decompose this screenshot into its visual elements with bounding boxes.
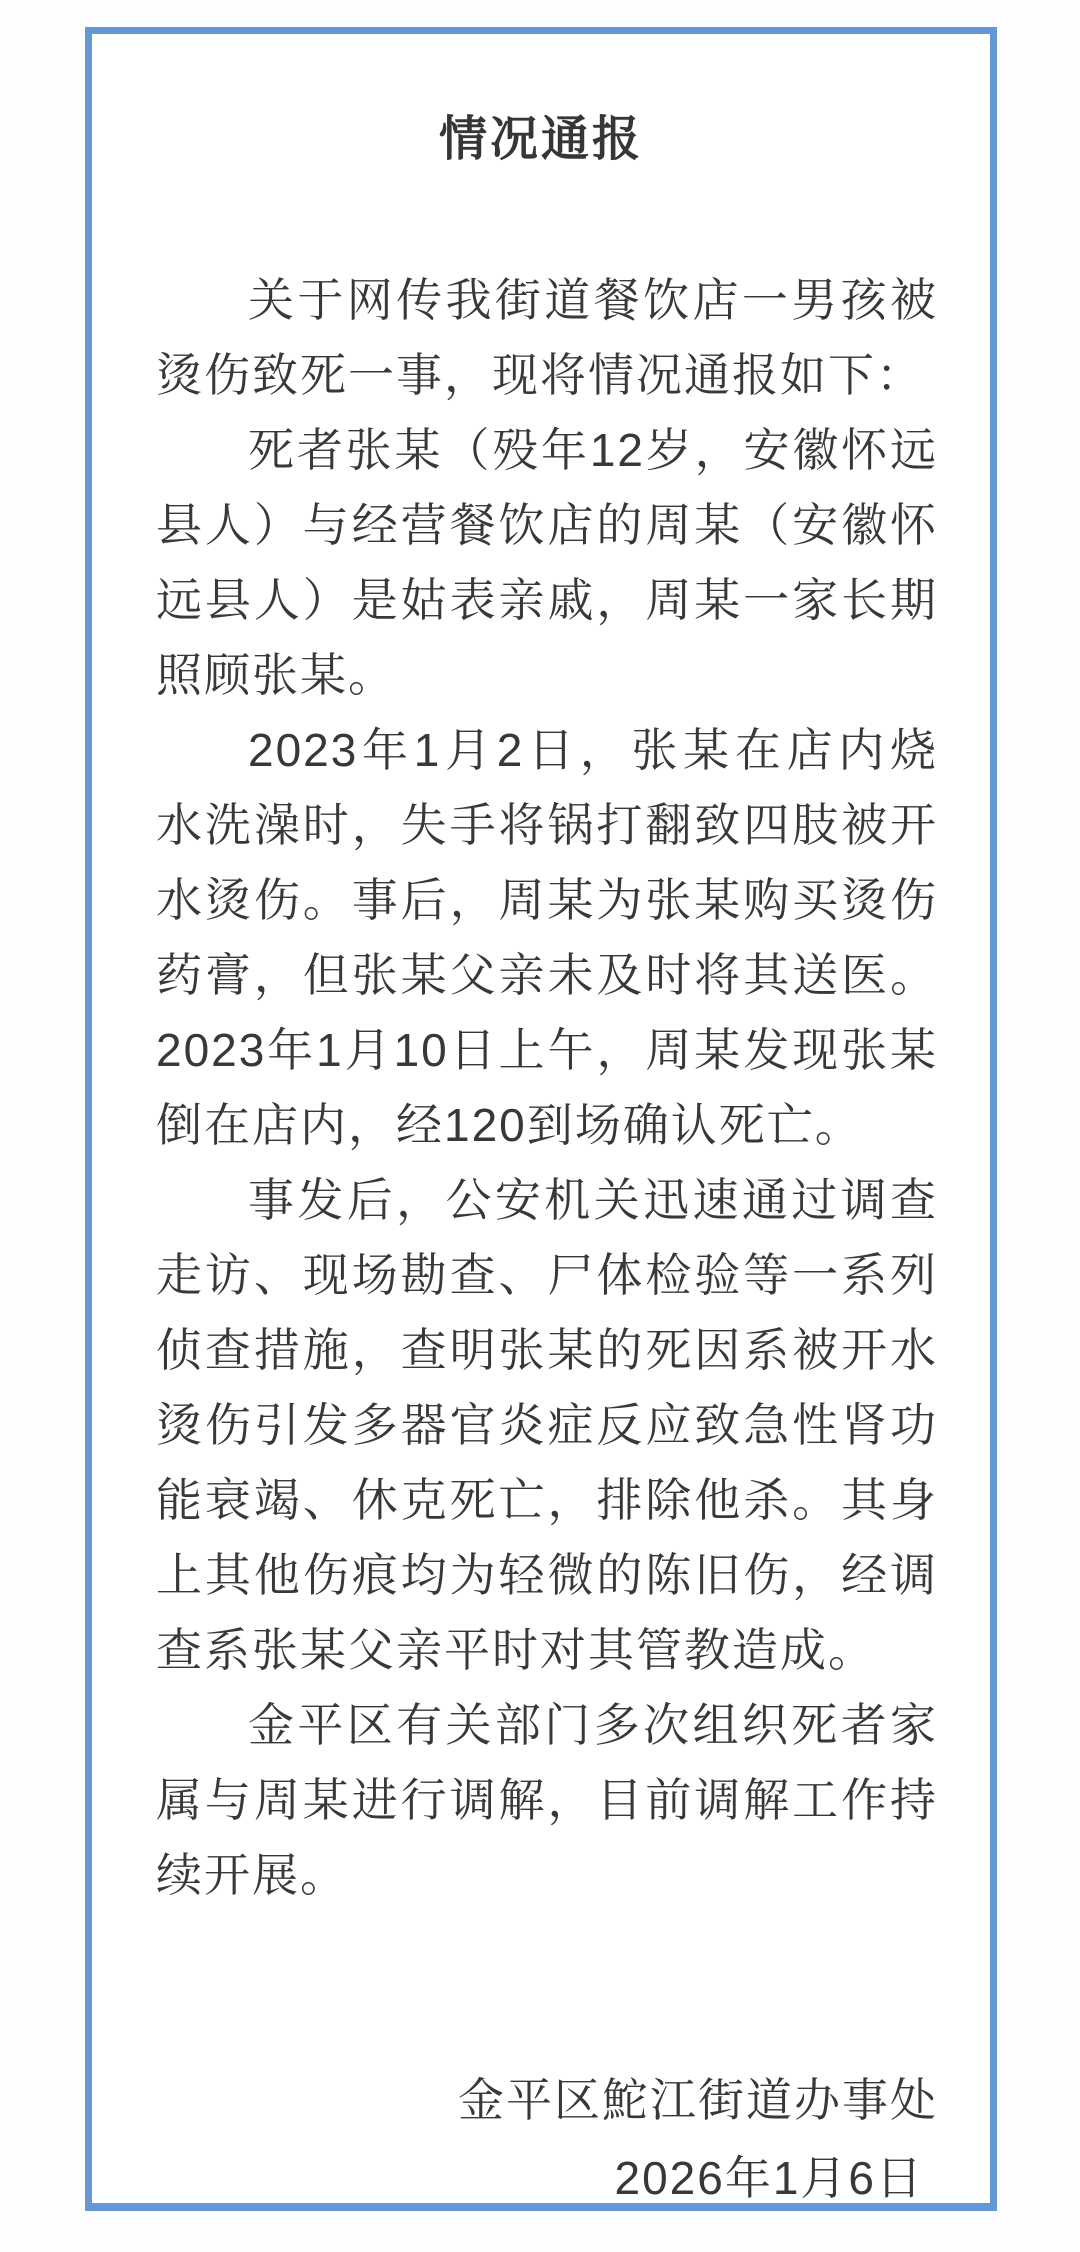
signature-block: 金平区鮀江街道办事处 2026年1月6日 <box>92 2061 990 2217</box>
notice-paragraph-intro: 关于网传我街道餐饮店一男孩被烫伤致死一事，现将情况通报如下： <box>156 263 938 413</box>
notice-paragraph-investigation: 事发后，公安机关迅速通过调查走访、现场勘查、尸体检验等一系列侦查措施，查明张某的… <box>156 1163 938 1688</box>
notice-card: 情况通报 关于网传我街道餐饮店一男孩被烫伤致死一事，现将情况通报如下： 死者张某… <box>85 27 997 2211</box>
issuing-authority: 金平区鮀江街道办事处 <box>156 2061 938 2139</box>
notice-paragraph-incident: 2023年1月2日，张某在店内烧水洗澡时，失手将锅打翻致四肢被开水烫伤。事后，周… <box>156 713 938 1163</box>
notice-paragraph-mediation: 金平区有关部门多次组织死者家属与周某进行调解，目前调解工作持续开展。 <box>156 1688 938 1913</box>
notice-title: 情况通报 <box>92 100 990 169</box>
notice-page: 情况通报 关于网传我街道餐饮店一男孩被烫伤致死一事，现将情况通报如下： 死者张某… <box>0 0 1080 2252</box>
notice-body: 关于网传我街道餐饮店一男孩被烫伤致死一事，现将情况通报如下： 死者张某（殁年12… <box>92 263 990 1913</box>
notice-paragraph-victim-background: 死者张某（殁年12岁，安徽怀远县人）与经营餐饮店的周某（安徽怀远县人）是姑表亲戚… <box>156 413 938 713</box>
issue-date: 2026年1月6日 <box>156 2139 938 2217</box>
